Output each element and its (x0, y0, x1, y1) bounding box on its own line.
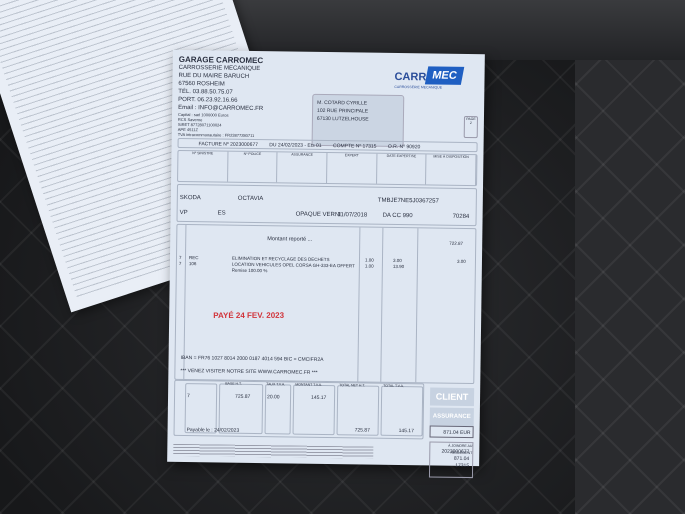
work-order-number: O.R. Nº 90920 (388, 144, 420, 150)
tva-rate: 20.00 (267, 394, 280, 400)
total-amount: 871.04 EUR (430, 425, 474, 438)
tva-total: 145.17 (399, 428, 414, 434)
vehicle-color: OPAQUE VERNI (296, 212, 341, 219)
line-unit-price: 13.90 (393, 264, 404, 269)
insurance-header: DATE EXPERTISE (377, 154, 427, 185)
column-divider (380, 228, 383, 382)
line-unit-price: 3.00 (393, 258, 402, 263)
vehicle-type: VP (180, 210, 188, 216)
tva-header: TAUX T.V.A. (266, 382, 285, 386)
net-total: 725.87 (355, 427, 370, 433)
line-qty: 1.00 (365, 264, 374, 269)
page-number: 2 (465, 121, 477, 125)
invoice-date: DU 24/02/2023 - Ets 01 (269, 142, 321, 149)
reference-label: À JOINDRE AU RÈGLEMENT (432, 443, 472, 458)
line-code: 106 (189, 261, 197, 266)
insurance-label: ASSURANCE (430, 407, 474, 426)
invoice-sheet: GARAGE CARROMEC CARROSSERIE MECANIQUE RU… (167, 50, 485, 466)
base-box (219, 384, 264, 435)
payment-date: Payable le : 24/02/2023 (187, 427, 240, 434)
client-city: 67130 LUTZELHOUSE (317, 115, 399, 124)
tva-header: MONTANT T.V.A. (295, 383, 322, 387)
insurance-header: ASSURANCE (277, 152, 327, 183)
line-tva-code: 7 (179, 261, 182, 266)
vehicle-vin: TMBJE7NE5J0367257 (378, 198, 439, 205)
vehicle-make: SKODA (180, 195, 201, 201)
insurance-header: EXPERT (327, 153, 377, 184)
paid-stamp: PAYÉ 24 FEV. 2023 (213, 311, 284, 320)
tva-header: TOTAL NET H.T. (339, 383, 365, 387)
seat-side (575, 60, 685, 514)
tva-code: 7 (187, 393, 190, 399)
tva-header: BASE H.T. (225, 382, 242, 386)
account-number: COMPTE Nº 17315 (333, 143, 377, 150)
vehicle-model: OCTAVIA (238, 196, 264, 202)
client-label: CLIENT (430, 387, 474, 406)
discount-line: Remise 100.00 % (232, 268, 268, 273)
logo-tagline: CARROSSERIE MECANIQUE (394, 85, 442, 90)
insurance-header: Nº POLICE (228, 152, 278, 183)
invoice-number: FACTURE Nº 2023000677 (199, 141, 258, 148)
line-tva-code: 7 (179, 255, 182, 260)
tva-code-box (185, 383, 218, 433)
company-header: GARAGE CARROMEC CARROSSERIE MECANIQUE RU… (178, 56, 264, 138)
fine-print (173, 444, 373, 459)
rate-box (265, 384, 292, 434)
vehicle-fuel: ES (218, 210, 226, 216)
tva-base: 725.87 (235, 394, 250, 400)
line-code: REC (189, 255, 199, 260)
line-amount: 3.00 (457, 259, 466, 264)
reference-account: 17315 (430, 462, 469, 470)
carried-over-amount: 722.87 (449, 241, 463, 246)
vehicle-plate: DA CC 990 (383, 213, 413, 219)
tva-amount-box (293, 385, 336, 436)
page-number-box: PAGE 2 (464, 116, 478, 138)
carried-over-label: Montant reporté ... (267, 236, 312, 243)
line-qty: 1.00 (365, 258, 374, 263)
vehicle-row: SKODA OCTAVIA TMBJE7NE5J0367257 VP ES OP… (176, 184, 477, 226)
vehicle-date: 11/07/2018 (338, 212, 368, 218)
carromec-logo: CARRO MEC CARROSSERIE MECANIQUE (394, 63, 464, 94)
tva-summary: BASE H.T. TAUX T.V.A. MONTANT T.V.A. TOT… (174, 380, 425, 439)
vehicle-mileage: 70284 (453, 214, 470, 220)
tva-header: TOTAL T.V.A. (383, 384, 404, 388)
insurance-header: Nº SINISTRE (178, 151, 228, 182)
column-divider (357, 227, 360, 381)
column-divider (415, 228, 418, 382)
insurance-header: MISE À DISPOSITION (426, 154, 476, 185)
logo-right: MEC (425, 66, 464, 84)
insurance-row: Nº SINISTRE Nº POLICE ASSURANCE EXPERT D… (177, 150, 477, 186)
payment-reference: À JOINDRE AU RÈGLEMENT 2023000677 871.04… (429, 441, 473, 478)
tva-amount: 145.17 (311, 395, 326, 401)
